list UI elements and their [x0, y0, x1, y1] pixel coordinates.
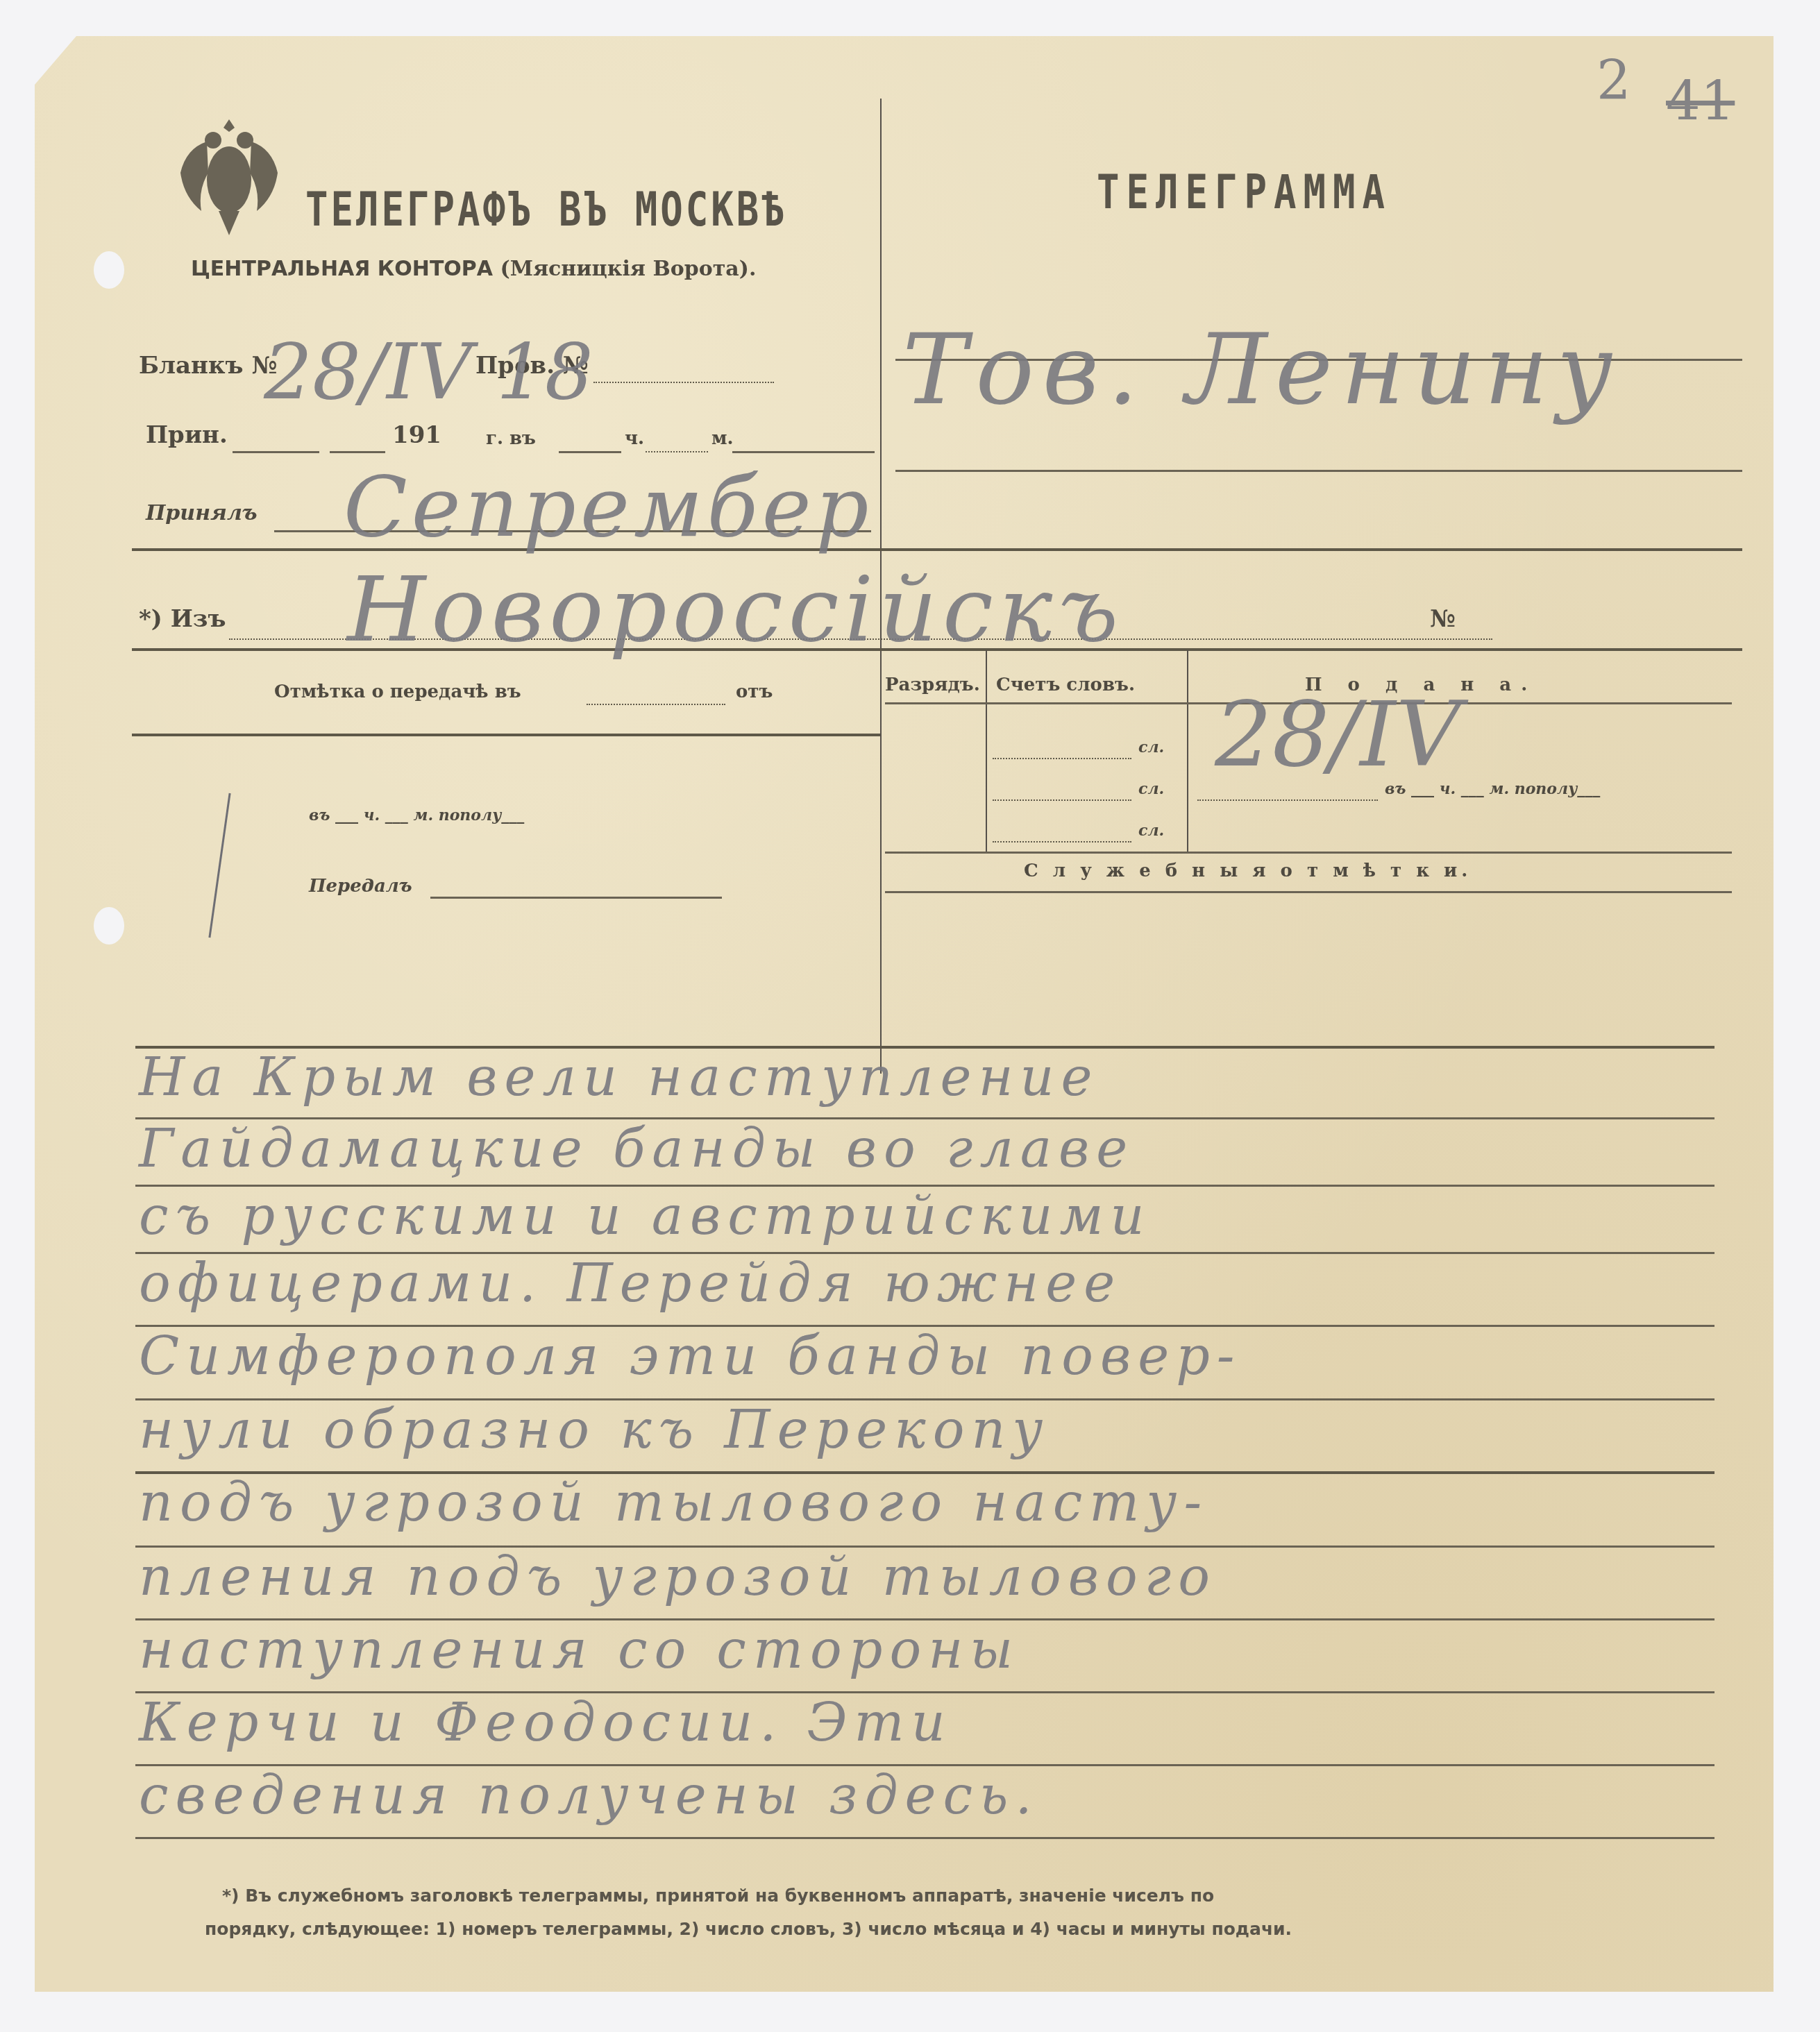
transfer-line	[587, 704, 725, 705]
body-line: На Крым вели наступление	[139, 1046, 1099, 1108]
double-headed-eagle-icon	[177, 114, 281, 239]
handwritten-from-place: Новороссійскъ	[347, 557, 1124, 662]
minute-label: м.	[711, 428, 734, 449]
table-header-word-count: Счетъ словъ.	[996, 675, 1135, 695]
body-line: Симферополя эти банды повер-	[139, 1325, 1242, 1387]
section-rule-3	[132, 734, 880, 736]
footnote-line-2: порядку, слѣдующее: 1) номеръ телеграммы…	[205, 1919, 1292, 1939]
word-count-line-2	[993, 799, 1131, 801]
table-header-category: Разрядъ.	[885, 675, 980, 695]
office-location: (Мясницкія Ворота).	[500, 257, 757, 281]
handwritten-filed-date: 28/IV	[1215, 681, 1460, 787]
handwritten-recipient: Тов. Ленину	[902, 314, 1621, 427]
office-subtitle: ЦЕНТРАЛЬНАЯ КОНТОРА (Мясницкія Ворота).	[191, 257, 756, 281]
office-subtitle-name: ЦЕНТРАЛЬНАЯ КОНТОРА	[191, 257, 493, 281]
hour-label: ч.	[625, 428, 644, 449]
received-month-line	[330, 451, 385, 453]
from-label: *) Изъ	[139, 605, 226, 633]
body-line: сведения получены здесь.	[139, 1764, 1039, 1826]
transfer-time: въ ___ ч. ___ м. пополу___	[309, 806, 524, 824]
received-end-line	[732, 451, 875, 453]
word-count-unit-2: сл.	[1138, 780, 1164, 798]
handwritten-blank-number: 28/IV 18	[264, 328, 593, 416]
body-line: наступления со стороны	[139, 1618, 1020, 1680]
recipient-line-2	[895, 470, 1742, 472]
year-label: г. въ	[486, 428, 536, 449]
year-prefix: 191	[392, 421, 441, 449]
table-body-col-2	[1187, 706, 1188, 852]
accepted-by-label: Принялъ	[146, 501, 258, 525]
body-line: Гайдамацкие банды во главе	[139, 1117, 1134, 1179]
transmitted-label: Передалъ	[309, 876, 412, 897]
blank-label: Бланкъ №	[139, 352, 277, 380]
received-day-line	[233, 451, 319, 453]
body-line: офицерами. Перейдя южнее	[139, 1252, 1122, 1314]
handwritten-accepted-by: Сепрембер	[344, 459, 873, 556]
footnote-line-1: *) Въ служебномъ заголовкѣ телеграммы, п…	[222, 1886, 1214, 1906]
filed-time-line	[1197, 799, 1378, 801]
body-rule-11	[135, 1837, 1714, 1839]
check-number-line	[593, 382, 774, 383]
transfer-mark-label: Отмѣтка о передачѣ въ	[274, 681, 521, 702]
pencil-stroke	[208, 793, 230, 938]
telegram-form: 2 41 ТЕЛЕГРАФЪ ВЪ МОСКВѢ ЦЕНТРАЛЬНАЯ КОН…	[35, 36, 1773, 1992]
table-bottom-rule	[885, 852, 1732, 854]
transmitted-line	[430, 897, 722, 899]
transfer-from-label: отъ	[736, 681, 773, 702]
word-count-line-3	[993, 841, 1131, 843]
number-label: №	[1430, 605, 1456, 633]
hour-line	[559, 451, 621, 453]
body-line: пления подъ угрозой тылового	[139, 1546, 1217, 1607]
word-count-unit-3: сл.	[1138, 822, 1164, 840]
punch-hole-top	[94, 251, 124, 289]
body-line: нули образно къ Перекопу	[139, 1398, 1050, 1460]
telegram-title: ТЕЛЕГРАММА	[1097, 164, 1392, 219]
received-label: Прин.	[146, 421, 228, 449]
body-line: Керчи и Феодосии. Эти	[139, 1691, 952, 1753]
service-marks-rule	[885, 891, 1732, 893]
table-body-col-1	[986, 706, 987, 852]
service-marks-label: С л у ж е б н ы я о т м ѣ т к и.	[1024, 861, 1472, 881]
word-count-line-1	[993, 758, 1131, 759]
body-line: съ русскими и австрийскими	[139, 1185, 1151, 1246]
body-line: подъ угрозой тылового насту-	[139, 1471, 1208, 1533]
punch-hole-bottom	[94, 907, 124, 945]
office-title: ТЕЛЕГРАФЪ ВЪ МОСКВѢ	[305, 182, 787, 237]
crossed-number: 41	[1666, 71, 1735, 133]
sheet-number: 2	[1596, 50, 1631, 112]
minute-line	[646, 451, 708, 452]
word-count-unit-1: сл.	[1138, 738, 1164, 756]
